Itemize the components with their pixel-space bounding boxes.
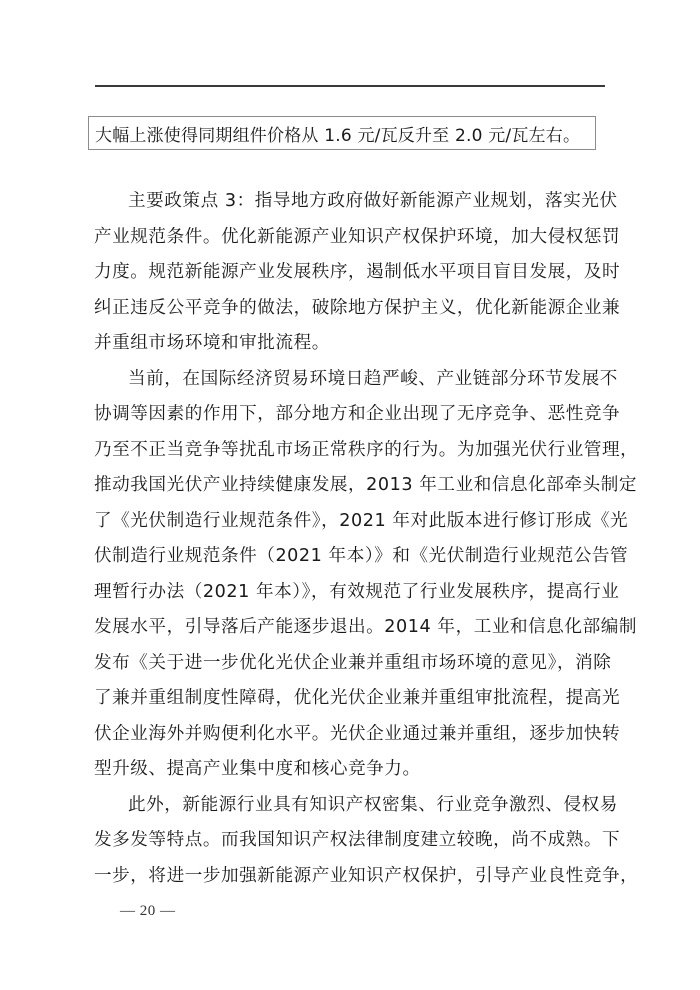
text-line: 理暂行办法（2021 年本）》，有效规范了行业发展秩序，提高行业 bbox=[94, 575, 606, 611]
header-rule bbox=[95, 85, 605, 87]
carryover-text: 大幅上涨使得同期组件价格从 1.6 元/瓦反升至 2.0 元/瓦左右。 bbox=[95, 121, 580, 146]
carryover-text-box: 大幅上涨使得同期组件价格从 1.6 元/瓦反升至 2.0 元/瓦左右。 bbox=[88, 116, 596, 150]
text-line: 乃至不正当竞争等扰乱市场正常秩序的行为。为加强光伏行业管理， bbox=[94, 433, 606, 469]
text-line: 发多发等特点。而我国知识产权法律制度建立较晚，尚不成熟。下 bbox=[94, 823, 606, 859]
paragraph-ip-protection: 此外，新能源行业具有知识产权密集、行业竞争激烈、侵权易 发多发等特点。而我国知识… bbox=[94, 788, 606, 895]
document-page: 大幅上涨使得同期组件价格从 1.6 元/瓦反升至 2.0 元/瓦左右。 主要政策… bbox=[0, 0, 700, 990]
text-line: 发展水平，引导落后产能逐步退出。2014 年，工业和信息化部编制 bbox=[94, 610, 606, 646]
text-line: 协调等因素的作用下，部分地方和企业出现了无序竞争、恶性竞争 bbox=[94, 397, 606, 433]
text-line: 此外，新能源行业具有知识产权密集、行业竞争激烈、侵权易 bbox=[94, 788, 606, 824]
text-line: 推动我国光伏产业持续健康发展，2013 年工业和信息化部牵头制定 bbox=[94, 468, 606, 504]
paragraph-current-situation: 当前，在国际经济贸易环境日趋严峻、产业链部分环节发展不 协调等因素的作用下，部分… bbox=[94, 362, 606, 788]
text-line: 了兼并重组制度性障碍，优化光伏企业兼并重组审批流程，提高光 bbox=[94, 681, 606, 717]
paragraph-policy-point-3: 主要政策点 3：指导地方政府做好新能源产业规划，落实光伏 产业规范条件。优化新能… bbox=[94, 184, 606, 362]
text-line: 发布《关于进一步优化光伏企业兼并重组市场环境的意见》，消除 bbox=[94, 646, 606, 682]
text-line: 型升级、提高产业集中度和核心竞争力。 bbox=[94, 752, 606, 788]
page-number: — 20 — bbox=[120, 903, 176, 920]
body-text: 主要政策点 3：指导地方政府做好新能源产业规划，落实光伏 产业规范条件。优化新能… bbox=[94, 184, 606, 894]
text-line: 了《光伏制造行业规范条件》，2021 年对此版本进行修订形成《光 bbox=[94, 504, 606, 540]
text-line: 伏制造行业规范条件（2021 年本）》和《光伏制造行业规范公告管 bbox=[94, 539, 606, 575]
text-line: 并重组市场环境和审批流程。 bbox=[94, 326, 606, 362]
text-line: 一步，将进一步加强新能源产业知识产权保护，引导产业良性竞争， bbox=[94, 859, 606, 895]
text-line: 主要政策点 3：指导地方政府做好新能源产业规划，落实光伏 bbox=[94, 184, 606, 220]
text-line: 伏企业海外并购便利化水平。光伏企业通过兼并重组，逐步加快转 bbox=[94, 717, 606, 753]
text-line: 纠正违反公平竞争的做法，破除地方保护主义，优化新能源企业兼 bbox=[94, 291, 606, 327]
text-line: 当前，在国际经济贸易环境日趋严峻、产业链部分环节发展不 bbox=[94, 362, 606, 398]
text-line: 产业规范条件。优化新能源产业知识产权保护环境，加大侵权惩罚 bbox=[94, 220, 606, 256]
text-line: 力度。规范新能源产业发展秩序，遏制低水平项目盲目发展，及时 bbox=[94, 255, 606, 291]
